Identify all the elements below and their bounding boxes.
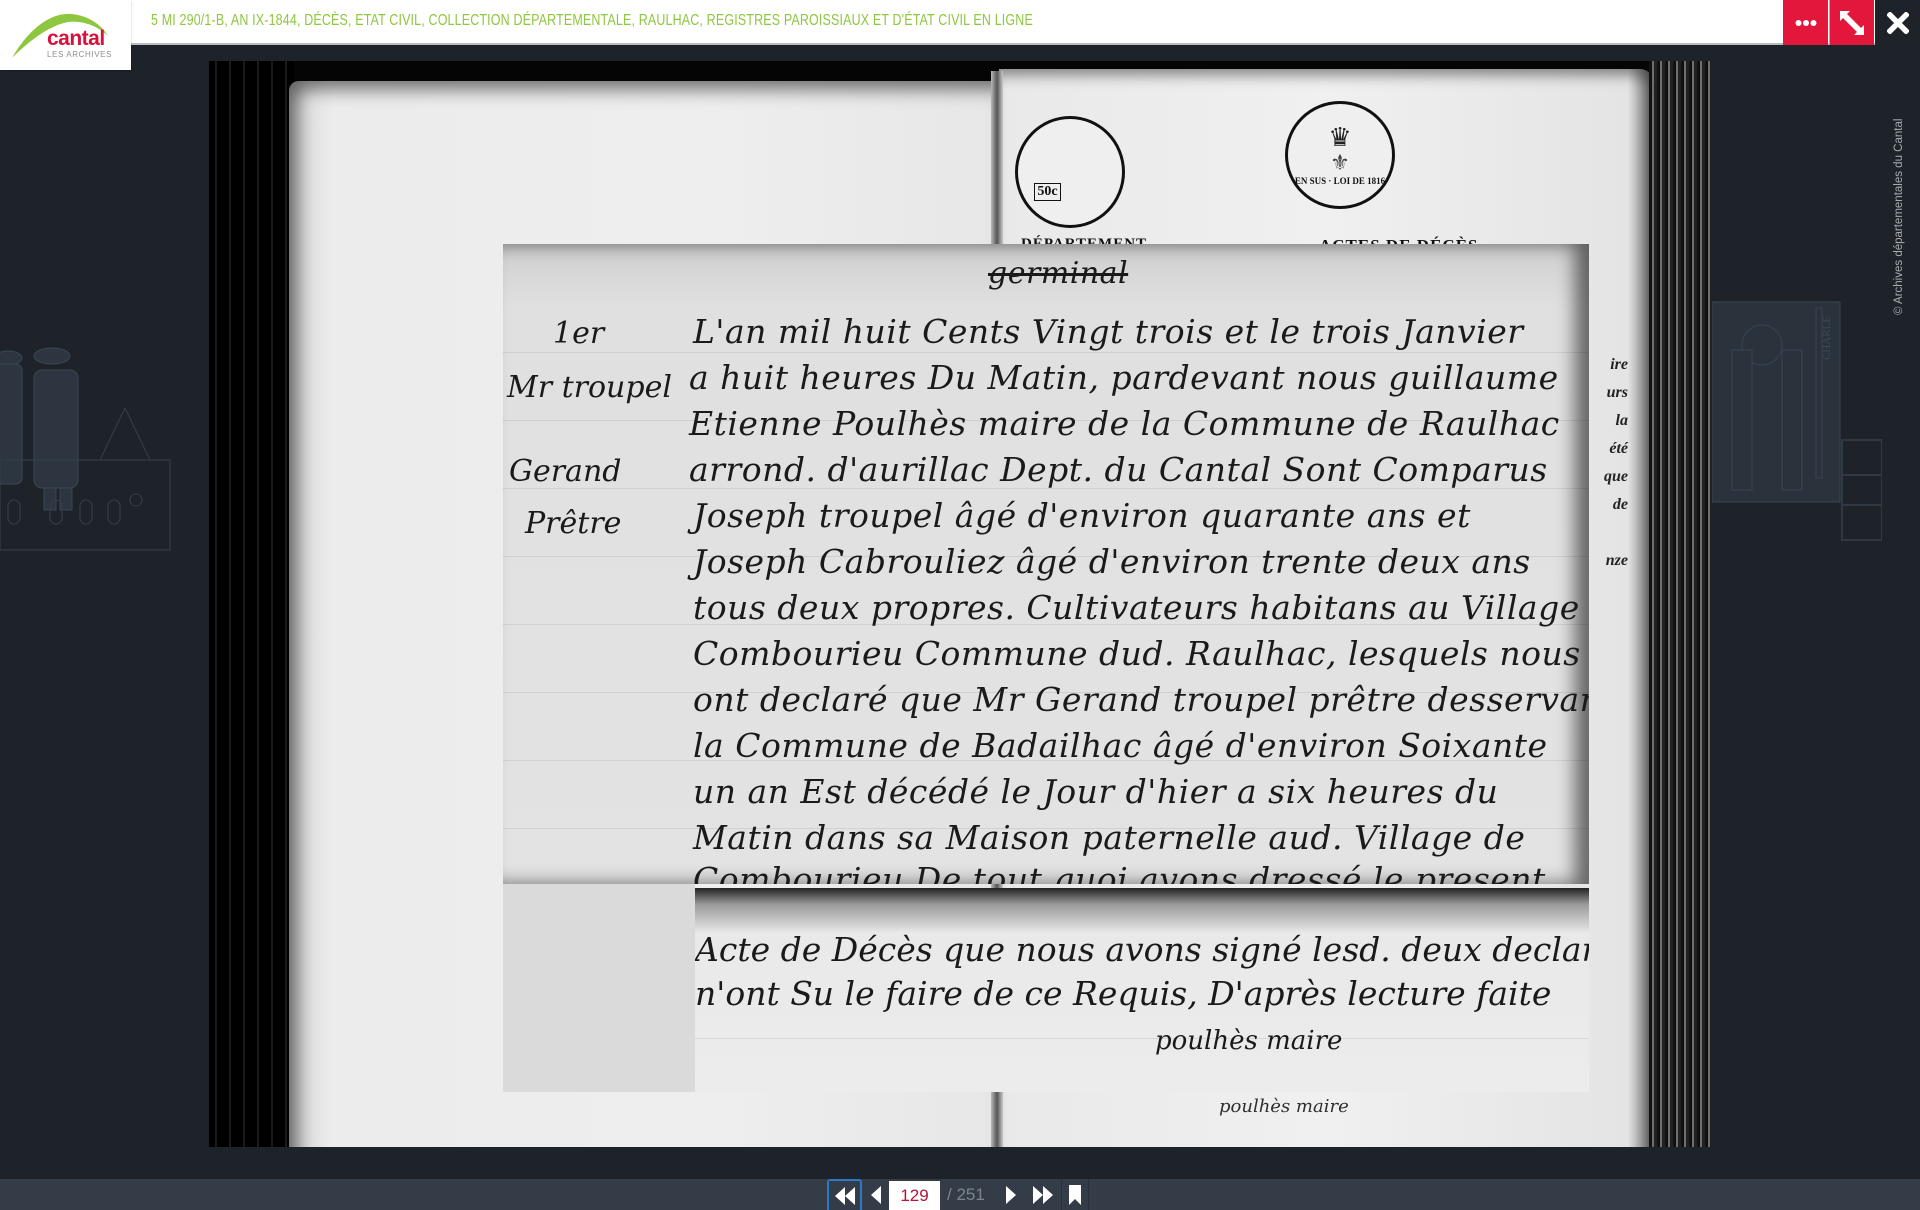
- pager-bar: / 251: [0, 1179, 1920, 1210]
- margin-word: de: [1588, 491, 1628, 519]
- inset-blank-area: [503, 884, 695, 1092]
- margin-word: ire: [1588, 351, 1628, 379]
- double-chevron-left-icon: [834, 1187, 856, 1205]
- margin-word: urs: [1588, 379, 1628, 407]
- bookmark-icon: [1069, 1185, 1081, 1205]
- tax-stamp-crown: ♛ ⚜ EN SUS · LOI DE 1816: [1285, 101, 1395, 209]
- text-line: un an Est décédé le Jour d'hier a six he…: [693, 772, 1498, 811]
- cantal-archives-logo[interactable]: cantal LES ARCHIVES: [0, 0, 131, 70]
- mayor-signature: poulhès maire: [1155, 1026, 1342, 1056]
- margin-note-name: Mr troupel: [507, 370, 672, 405]
- text-line: Acte de Décès que nous avons signé lesd.…: [695, 930, 1589, 969]
- text-line: Combourieu De tout quoi avons dressé le …: [693, 860, 1546, 884]
- inset-main-text: germinal 1er Mr troupel Gerand Prêtre L'…: [503, 244, 1589, 884]
- text-line: la Commune de Badailhac âgé d'environ So…: [693, 726, 1548, 765]
- margin-word: nze: [1588, 547, 1628, 575]
- chevron-left-icon: [870, 1186, 882, 1204]
- ellipsis-icon: [1795, 19, 1817, 27]
- close-icon: [1887, 12, 1909, 34]
- text-line: Combourieu Commune dud. Raulhac, lesquel…: [693, 634, 1581, 673]
- page-number-input[interactable]: [889, 1181, 940, 1210]
- margin-note-title: Prêtre: [525, 506, 621, 541]
- margin-word: la: [1588, 407, 1628, 435]
- margin-word: été: [1588, 435, 1628, 463]
- copyright-notice: © Archives départementales du Cantal: [1893, 119, 1905, 315]
- tax-stamp-justice: 50c: [1015, 116, 1125, 228]
- text-line: n'ont Su le faire de ce Requis, D'après …: [695, 974, 1551, 1013]
- text-line: Etienne Poulhès maire de la Commune de R…: [689, 404, 1560, 443]
- header-bar: 5 MI 290/1-B, AN IX-1844, DÉCÈS, ETAT CI…: [0, 0, 1920, 45]
- stamp-value: 50c: [1034, 183, 1060, 201]
- expand-arrows-icon: [1839, 10, 1865, 36]
- more-options-button[interactable]: [1783, 0, 1828, 45]
- header-mark: germinal: [988, 256, 1128, 291]
- text-line: Joseph troupel âgé d'environ quarante an…: [693, 496, 1471, 535]
- document-viewer[interactable]: 50c ♛ ⚜ EN SUS · LOI DE 1816 DÉPARTEMENT…: [209, 61, 1711, 1147]
- text-line: Matin dans sa Maison paternelle aud. Vil…: [693, 818, 1525, 857]
- bookmark-button[interactable]: [1061, 1179, 1089, 1210]
- right-margin-printed-text: ire urs la été que de nze: [1588, 351, 1628, 575]
- fullscreen-button[interactable]: [1829, 0, 1874, 45]
- first-page-button[interactable]: [827, 1179, 862, 1210]
- logo-subtitle: LES ARCHIVES: [47, 50, 112, 59]
- margin-note-firstname: Gerand: [509, 454, 621, 489]
- logo-word: cantal: [47, 27, 105, 51]
- page-binding-shadow: [209, 61, 294, 1147]
- text-line: tous deux propres. Cultivateurs habitans…: [693, 588, 1589, 627]
- text-line: L'an mil huit Cents Vingt trois et le tr…: [693, 312, 1524, 351]
- margin-word: que: [1588, 463, 1628, 491]
- stamp-ring-text: EN SUS · LOI DE 1816: [1295, 176, 1385, 186]
- crown-icon: ♛: [1328, 124, 1351, 150]
- previous-page-button[interactable]: [864, 1179, 887, 1210]
- underlying-signature: poulhès maire: [1219, 1096, 1349, 1117]
- fleur-de-lis-icon: ⚜: [1330, 150, 1350, 176]
- svg-text:CHARLE: CHARLE: [1821, 316, 1833, 360]
- text-line: Joseph Cabrouliez âgé d'environ trente d…: [693, 542, 1531, 581]
- text-line: ont declaré que Mr Gerand troupel prêtre…: [693, 680, 1589, 719]
- margin-word: [1588, 519, 1628, 547]
- magnified-inset[interactable]: germinal 1er Mr troupel Gerand Prêtre L'…: [503, 244, 1589, 1092]
- last-page-button[interactable]: [1028, 1179, 1058, 1210]
- inset-lower-text: Acte de Décès que nous avons signé lesd.…: [695, 888, 1589, 1092]
- chevron-right-icon: [1005, 1186, 1017, 1204]
- double-chevron-right-icon: [1032, 1186, 1054, 1204]
- page-total: / 251: [947, 1185, 985, 1205]
- margin-note-number: 1er: [553, 316, 604, 351]
- document-title: 5 MI 290/1-B, AN IX-1844, DÉCÈS, ETAT CI…: [151, 12, 1033, 30]
- background-engraving-right: CHARLE: [1712, 290, 1882, 550]
- text-line: a huit heures Du Matin, pardevant nous g…: [689, 358, 1559, 397]
- next-page-button[interactable]: [998, 1179, 1023, 1210]
- text-line: arrond. d'aurillac Dept. du Cantal Sont …: [689, 450, 1548, 489]
- page-edges: [1649, 61, 1711, 1147]
- close-button[interactable]: [1875, 0, 1920, 45]
- background-engraving-left: [0, 300, 210, 560]
